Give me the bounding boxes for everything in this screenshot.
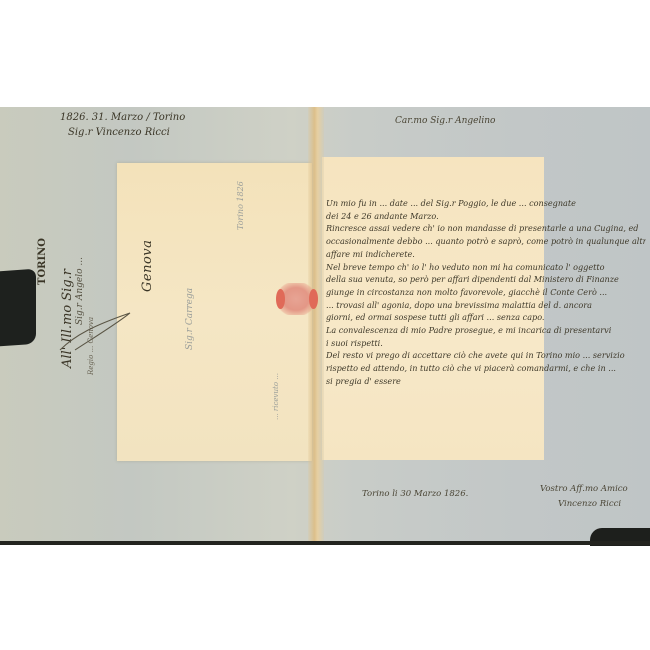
pencil-note-1: Torino 1826 — [236, 181, 245, 230]
body-line: Del resto vi prego di accettare ciò che … — [326, 349, 646, 362]
body-line: della sua venuta, so però per affari dip… — [326, 273, 646, 286]
wax-seal-left-edge — [276, 289, 285, 309]
wax-seal-right-edge — [309, 289, 318, 309]
body-line: i suoi rispetti. — [326, 337, 646, 350]
pencil-note-2: Sig.r Carrega — [185, 288, 195, 350]
pencil-note-3: ... ricevuto ... — [272, 373, 280, 420]
body-line: rispetto ed attendo, in tutto ciò che vi… — [326, 362, 646, 375]
closing-place-date: Torino li 30 Marzo 1826. — [362, 489, 468, 499]
body-line: Un mio fu in ... date ... del Sig.r Pogg… — [326, 197, 646, 210]
docket-date-line: 1826. 31. Marzo / Torino — [60, 112, 185, 123]
scan-bottom-edge — [0, 541, 650, 545]
body-line: si pregia d' essere — [326, 375, 646, 388]
body-line: Nel breve tempo ch' io l' ho veduto non … — [326, 261, 646, 274]
body-line: occasionalmente debbo ... quanto potrò e… — [326, 235, 646, 248]
center-fold — [308, 107, 324, 545]
letter-body: Un mio fu in ... date ... del Sig.r Pogg… — [326, 197, 646, 388]
body-line: giunge in circostanza non molto favorevo… — [326, 286, 646, 299]
body-line: affare mi indicherete. — [326, 248, 646, 261]
body-line: ... trovasi all' agonia, dopo una brevis… — [326, 299, 646, 312]
signature-closing: Vostro Aff.mo Amico — [540, 484, 628, 494]
address-destination: Genova — [140, 240, 155, 292]
docket-sender-line: Sig.r Vincenzo Ricci — [68, 127, 170, 138]
body-line: dei 24 e 26 andante Marzo. — [326, 210, 646, 223]
signature-name: Vincenzo Ricci — [558, 499, 621, 509]
body-line: La convalescenza di mio Padre prosegue, … — [326, 324, 646, 337]
pen-flourish-icon — [55, 305, 135, 355]
body-line: Rincresce assai vedere ch' io non mandas… — [326, 222, 646, 235]
body-line: giorni, ed ormai sospese tutti gli affar… — [326, 311, 646, 324]
scan-shadow-left — [0, 269, 36, 347]
salutation: Car.mo Sig.r Angelino — [395, 116, 495, 126]
postal-city-stamp: TORINO — [37, 238, 48, 285]
